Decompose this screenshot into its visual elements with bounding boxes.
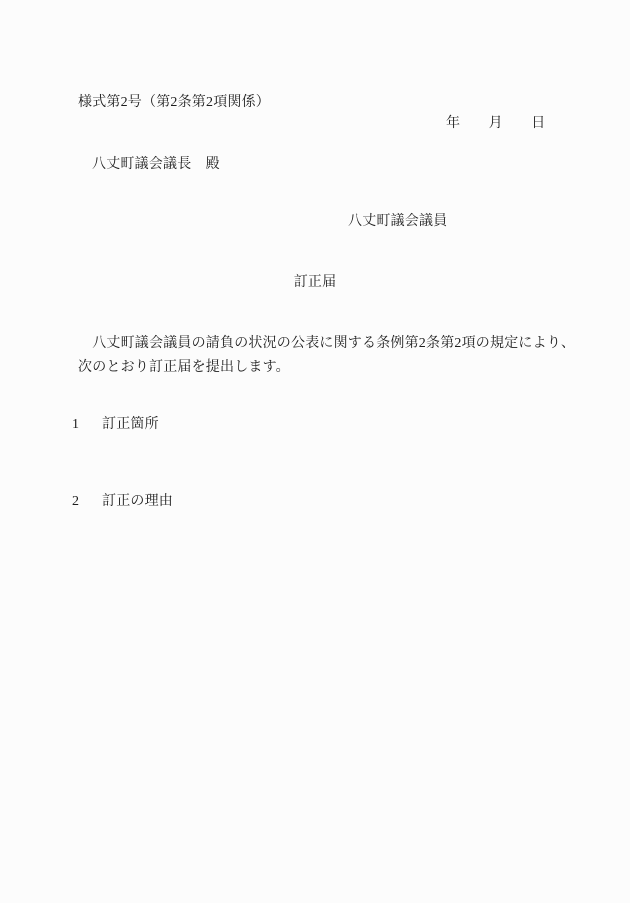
body-line-2: 次のとおり訂正届を提出します。 [78,356,584,380]
form-number: 様式第2号（第2条第2項関係） [78,96,270,110]
sender-line: 八丈町議会議員 [348,215,447,229]
item-2-label: 訂正の理由 [102,495,173,509]
document-title: 訂正届 [0,276,630,290]
body-paragraph: 八丈町議会議員の請負の状況の公表に関する条例第2条第2項の規定により、 次のとお… [78,332,584,380]
date-line: 年 月 日 [446,117,545,131]
body-line-1: 八丈町議会議員の請負の状況の公表に関する条例第2条第2項の規定により、 [78,332,584,356]
item-2-number: 2 [72,495,79,509]
recipient-line: 八丈町議会議長 殿 [92,158,220,172]
item-1-label: 訂正箇所 [102,418,159,432]
item-1-number: 1 [72,418,79,432]
document-page: 様式第2号（第2条第2項関係） 年 月 日 八丈町議会議長 殿 八丈町議会議員 … [0,0,630,903]
